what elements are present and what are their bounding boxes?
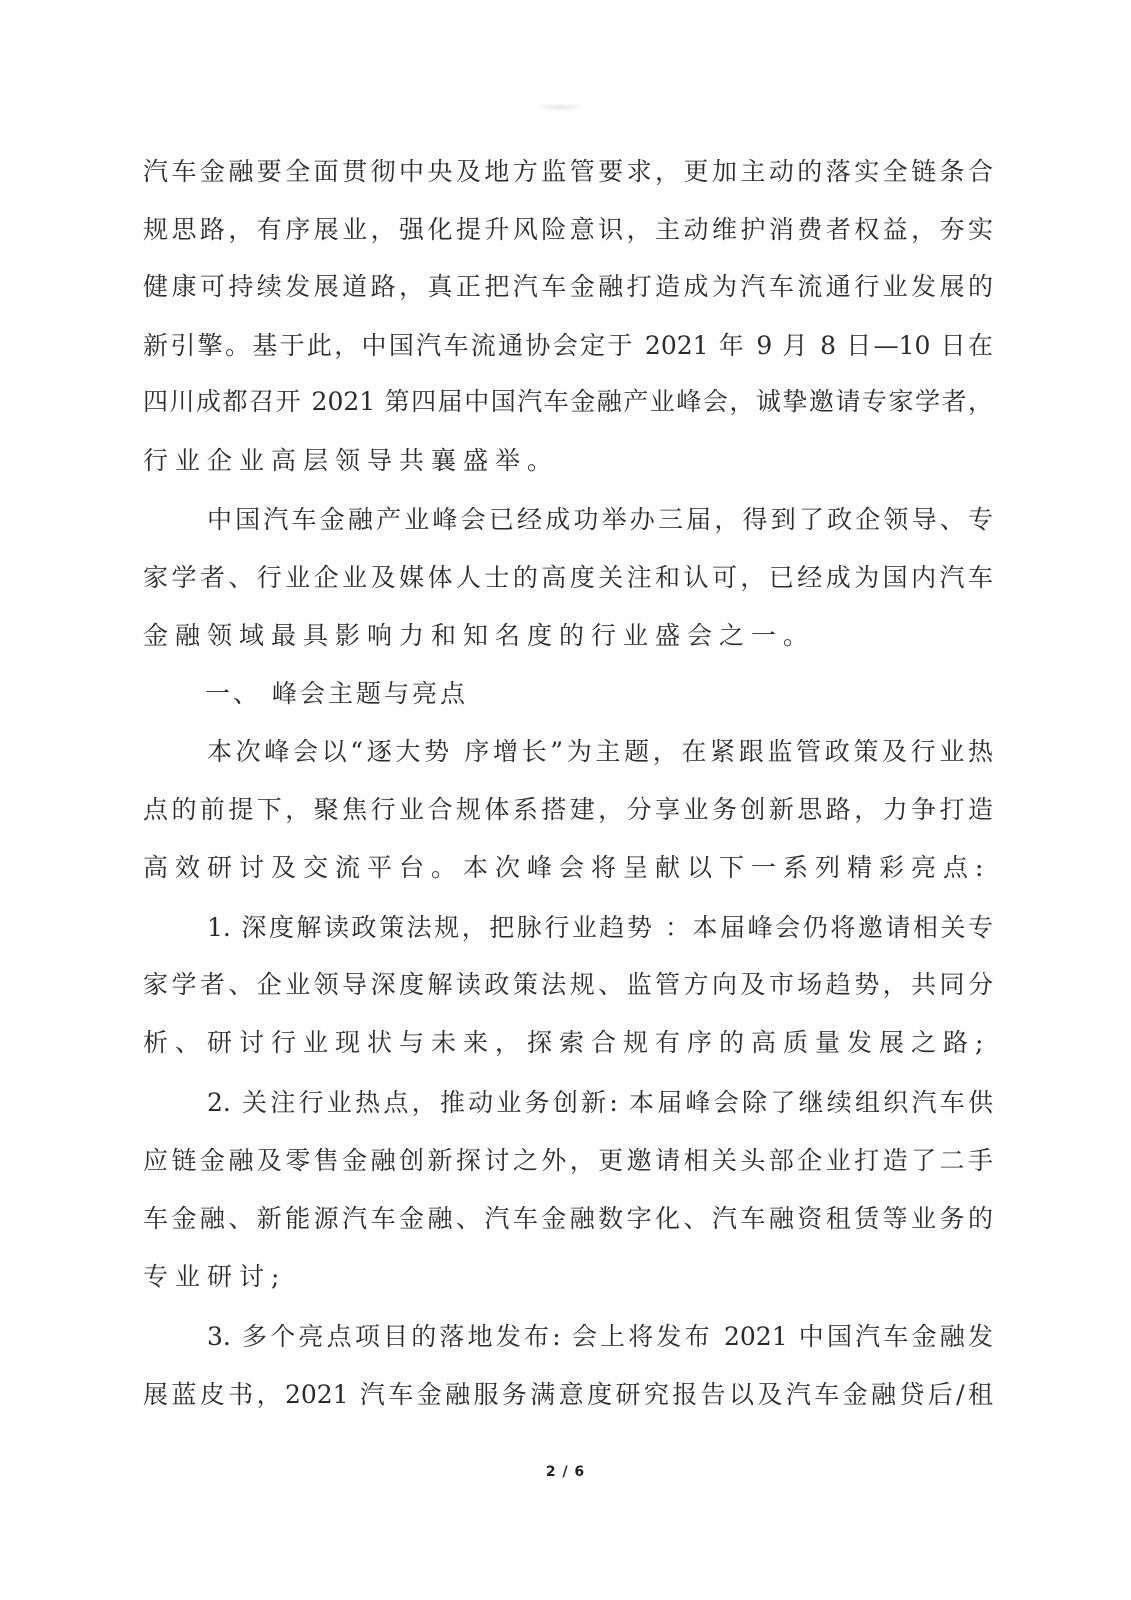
list-item-3-line: 展蓝皮书，2021 汽车金融服务满意度研究报告以及汽车金融贷后/租 bbox=[143, 1377, 993, 1413]
paragraph-line: 高效研讨及交流平台。本次峰会将呈献以下一系列精彩亮点: bbox=[143, 850, 993, 886]
paragraph-line: 汽车金融要全面贯彻中央及地方监管要求，更加主动的落实全链条合 bbox=[143, 154, 993, 190]
paragraph-line: 家学者、行业企业及媒体人士的高度关注和认可，已经成为国内汽车 bbox=[143, 560, 993, 596]
list-item-2-line: 车金融、新能源汽车金融、汽车金融数字化、汽车融资租赁等业务的 bbox=[143, 1201, 993, 1237]
paragraph-line: 本次峰会以“逐大势 序增长”为主题，在紧跟监管政策及行业热 bbox=[207, 734, 993, 770]
list-item-3-line: 3. 多个亮点项目的落地发布: 会上将发布 2021 中国汽车金融发 bbox=[207, 1319, 993, 1355]
list-item-1-line: 析、研讨行业现状与未来，探索合规有序的高质量发展之路; bbox=[143, 1025, 993, 1061]
paragraph-line: 新引擎。基于此，中国汽车流通协会定于 2021 年 9 月 8 日—10 日在 bbox=[143, 328, 993, 364]
paragraph-line: 点的前提下，聚焦行业合规体系搭建，分享业务创新思路，力争打造 bbox=[143, 792, 993, 828]
paragraph-line: 健康可持续发展道路，真正把汽车金融打造成为汽车流通行业发展的 bbox=[143, 269, 993, 305]
paragraph-line: 行业企业高层领导共襄盛举。 bbox=[143, 443, 993, 479]
section-heading: 一、 峰会主题与亮点 bbox=[205, 676, 505, 712]
list-item-2-line: 2. 关注行业热点，推动业务创新: 本届峰会除了继续组织汽车供 bbox=[207, 1085, 993, 1121]
paragraph-line: 金融领域最具影响力和知名度的行业盛会之一。 bbox=[143, 618, 993, 654]
paragraph-line: 四川成都召开 2021 第四届中国汽车金融产业峰会，诚挚邀请专家学者， bbox=[143, 384, 993, 420]
list-item-1-line: 家学者、企业领导深度解读政策法规、监管方向及市场趋势，共同分 bbox=[143, 967, 993, 1003]
page-number: 2 / 6 bbox=[0, 1464, 1131, 1480]
paragraph-line: 规思路，有序展业，强化提升风险意识，主动维护消费者权益，夯实 bbox=[143, 212, 993, 248]
document-page: 汽车金融要全面贯彻中央及地方监管要求，更加主动的落实全链条合 规思路，有序展业，… bbox=[0, 0, 1131, 1600]
list-item-1-line: 1. 深度解读政策法规，把脉行业趋势 ：本届峰会仍将邀请相关专 bbox=[207, 910, 993, 946]
scan-artifact bbox=[535, 103, 585, 111]
list-item-2-line: 应链金融及零售金融创新探讨之外，更邀请相关头部企业打造了二手 bbox=[143, 1143, 993, 1179]
list-item-2-line: 专业研讨; bbox=[143, 1259, 993, 1295]
paragraph-line: 中国汽车金融产业峰会已经成功举办三届，得到了政企领导、专 bbox=[207, 502, 993, 538]
